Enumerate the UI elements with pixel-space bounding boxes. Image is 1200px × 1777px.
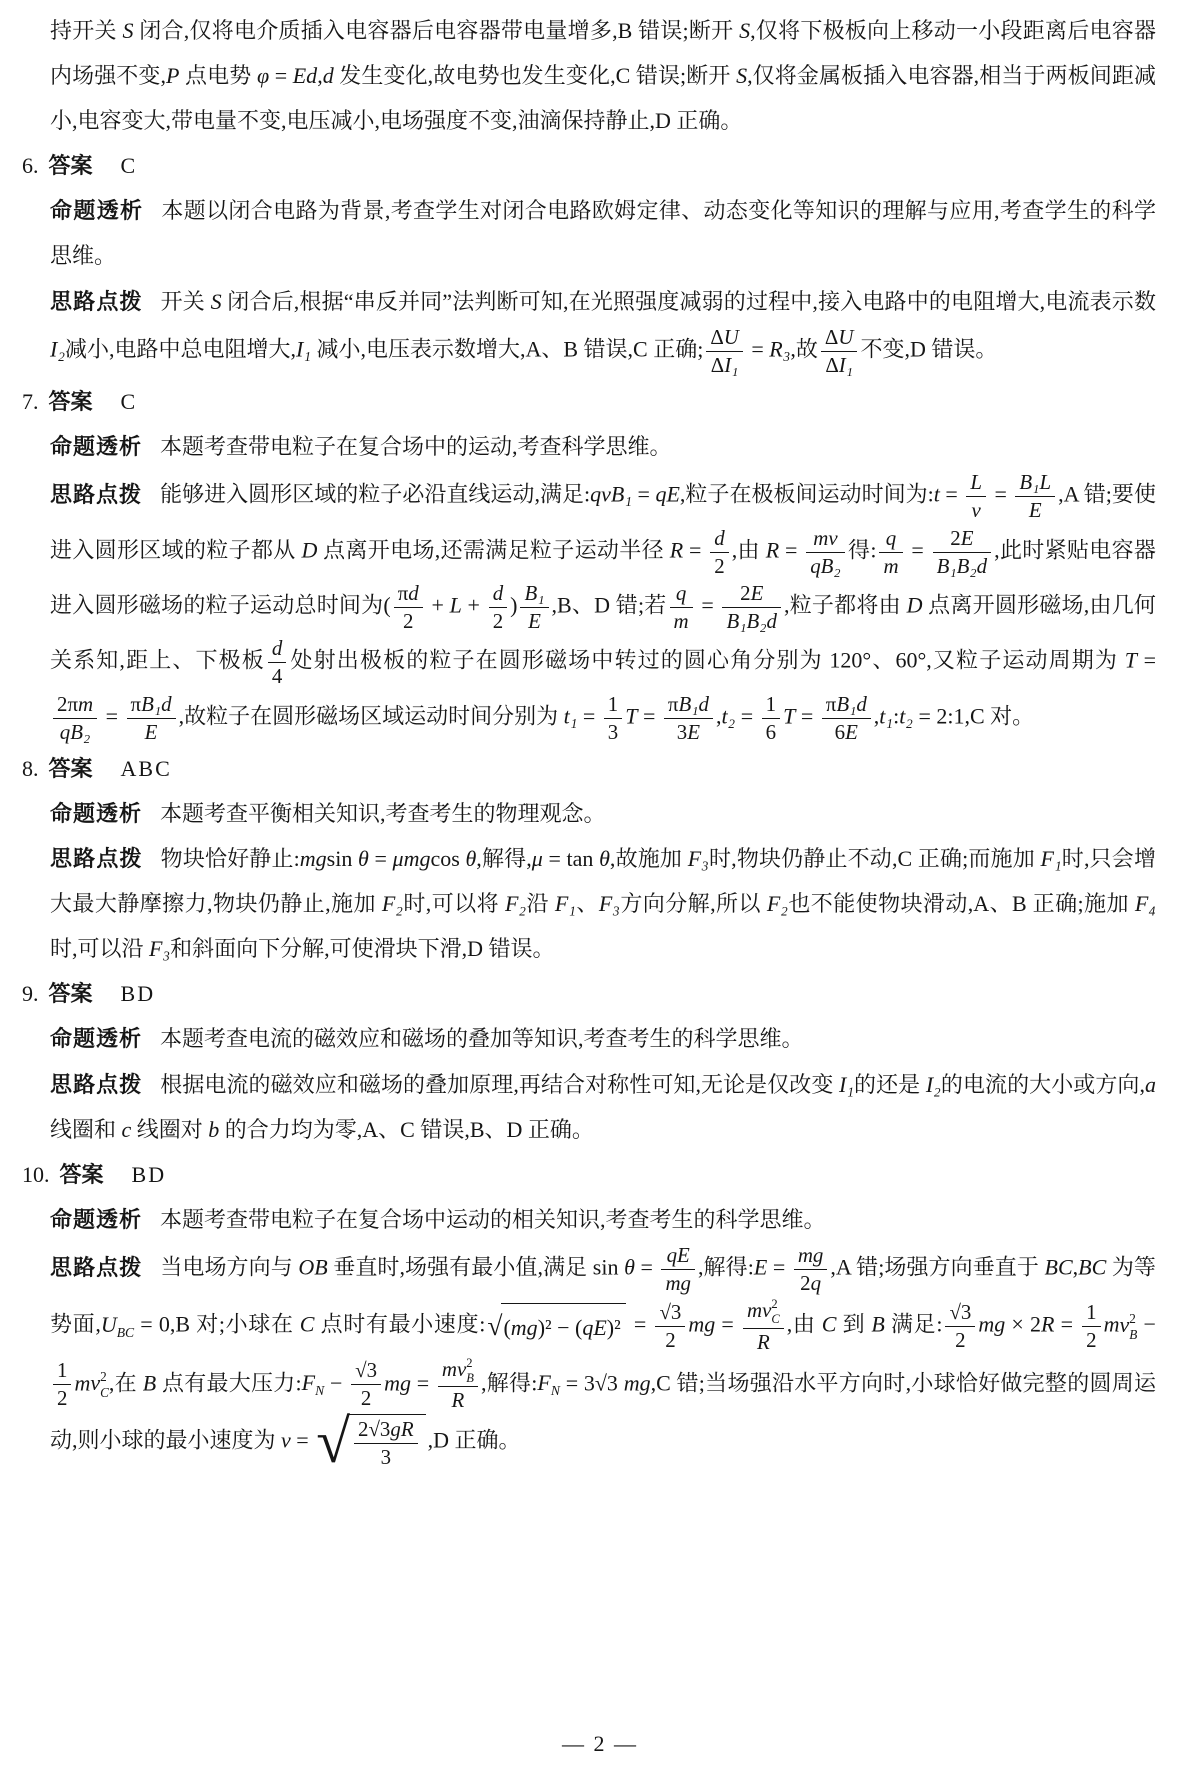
answer-value: BD [121,981,156,1006]
paragraph-head: 思路点拨 [50,482,142,507]
page-number: — 2 — [0,1731,1200,1757]
paragraph-head: 思路点拨 [50,289,143,314]
hint-paragraph: 思路点拨能够进入圆形区域的粒子必沿直线运动,满足:qvB₁ = qE,粒子在极板… [50,469,1156,746]
answer-item: 10.答案BD 命题透析本题考查带电粒子在复合场中运动的相关知识,考查考生的科学… [50,1152,1156,1472]
paragraph-head: 思路点拨 [50,1072,142,1097]
paragraph-head: 命题透析 [50,198,143,223]
item-number: 6. [22,153,39,178]
item-number: 7. [22,389,39,414]
answer-value: C [121,153,138,178]
paragraph-head: 命题透析 [50,1026,142,1051]
page-number-text: — 2 — [562,1731,638,1756]
item-header: 10.答案BD [22,1152,1156,1197]
analysis-paragraph: 命题透析本题考查带电粒子在复合场中的运动,考查科学思维。 [50,424,1156,469]
paragraph-head: 命题透析 [50,801,142,826]
answer-label: 答案 [49,756,93,781]
analysis-paragraph: 命题透析本题考查带电粒子在复合场中运动的相关知识,考查考生的科学思维。 [50,1197,1156,1242]
hint-paragraph: 思路点拨根据电流的磁效应和磁场的叠加原理,再结合对称性可知,无论是仅改变 I₁的… [50,1062,1156,1152]
hint-paragraph: 思路点拨当电场方向与 OB 垂直时,场强有最小值,满足 sin θ = qEmg… [50,1242,1156,1472]
answer-value: BD [132,1162,167,1187]
hint-paragraph: 思路点拨开关 S 闭合后,根据“串反并同”法判断可知,在光照强度减弱的过程中,接… [50,279,1156,379]
answer-item: 9.答案BD 命题透析本题考查电流的磁效应和磁场的叠加等知识,考查考生的科学思维… [50,971,1156,1151]
analysis-paragraph: 命题透析本题考查平衡相关知识,考查考生的物理观念。 [50,791,1156,836]
answer-value: ABC [121,756,172,781]
answer-item: 6.答案C 命题透析本题以闭合电路为背景,考查学生对闭合电路欧姆定律、动态变化等… [50,143,1156,379]
items-container: 6.答案C 命题透析本题以闭合电路为背景,考查学生对闭合电路欧姆定律、动态变化等… [50,143,1156,1471]
answer-label: 答案 [60,1162,104,1187]
item-header: 8.答案ABC [22,746,1156,791]
answer-item: 7.答案C 命题透析本题考查带电粒子在复合场中的运动,考查科学思维。思路点拨能够… [50,379,1156,746]
item-header: 7.答案C [22,379,1156,424]
analysis-paragraph: 命题透析本题以闭合电路为背景,考查学生对闭合电路欧姆定律、动态变化等知识的理解与… [50,188,1156,278]
paragraph-head: 思路点拨 [50,846,143,871]
answer-label: 答案 [49,389,93,414]
answer-label: 答案 [49,153,93,178]
item-number: 9. [22,981,39,1006]
paragraph-head: 思路点拨 [50,1255,142,1280]
hint-paragraph: 思路点拨物块恰好静止:mgsin θ = μmgcos θ,解得,μ = tan… [50,836,1156,971]
item-header: 9.答案BD [22,971,1156,1016]
intro-paragraph: 持开关 S 闭合,仅将电介质插入电容器后电容器带电量增多,B 错误;断开 S,仅… [50,8,1156,143]
item-number: 8. [22,756,39,781]
answer-item: 8.答案ABC 命题透析本题考查平衡相关知识,考查考生的物理观念。思路点拨物块恰… [50,746,1156,971]
item-header: 6.答案C [22,143,1156,188]
analysis-paragraph: 命题透析本题考查电流的磁效应和磁场的叠加等知识,考查考生的科学思维。 [50,1016,1156,1061]
paragraph-head: 命题透析 [50,1207,142,1232]
item-number: 10. [22,1162,50,1187]
answer-label: 答案 [49,981,93,1006]
answer-key-page: 持开关 S 闭合,仅将电介质插入电容器后电容器带电量增多,B 错误;断开 S,仅… [0,0,1200,1777]
answer-value: C [121,389,138,414]
paragraph-head: 命题透析 [50,434,142,459]
